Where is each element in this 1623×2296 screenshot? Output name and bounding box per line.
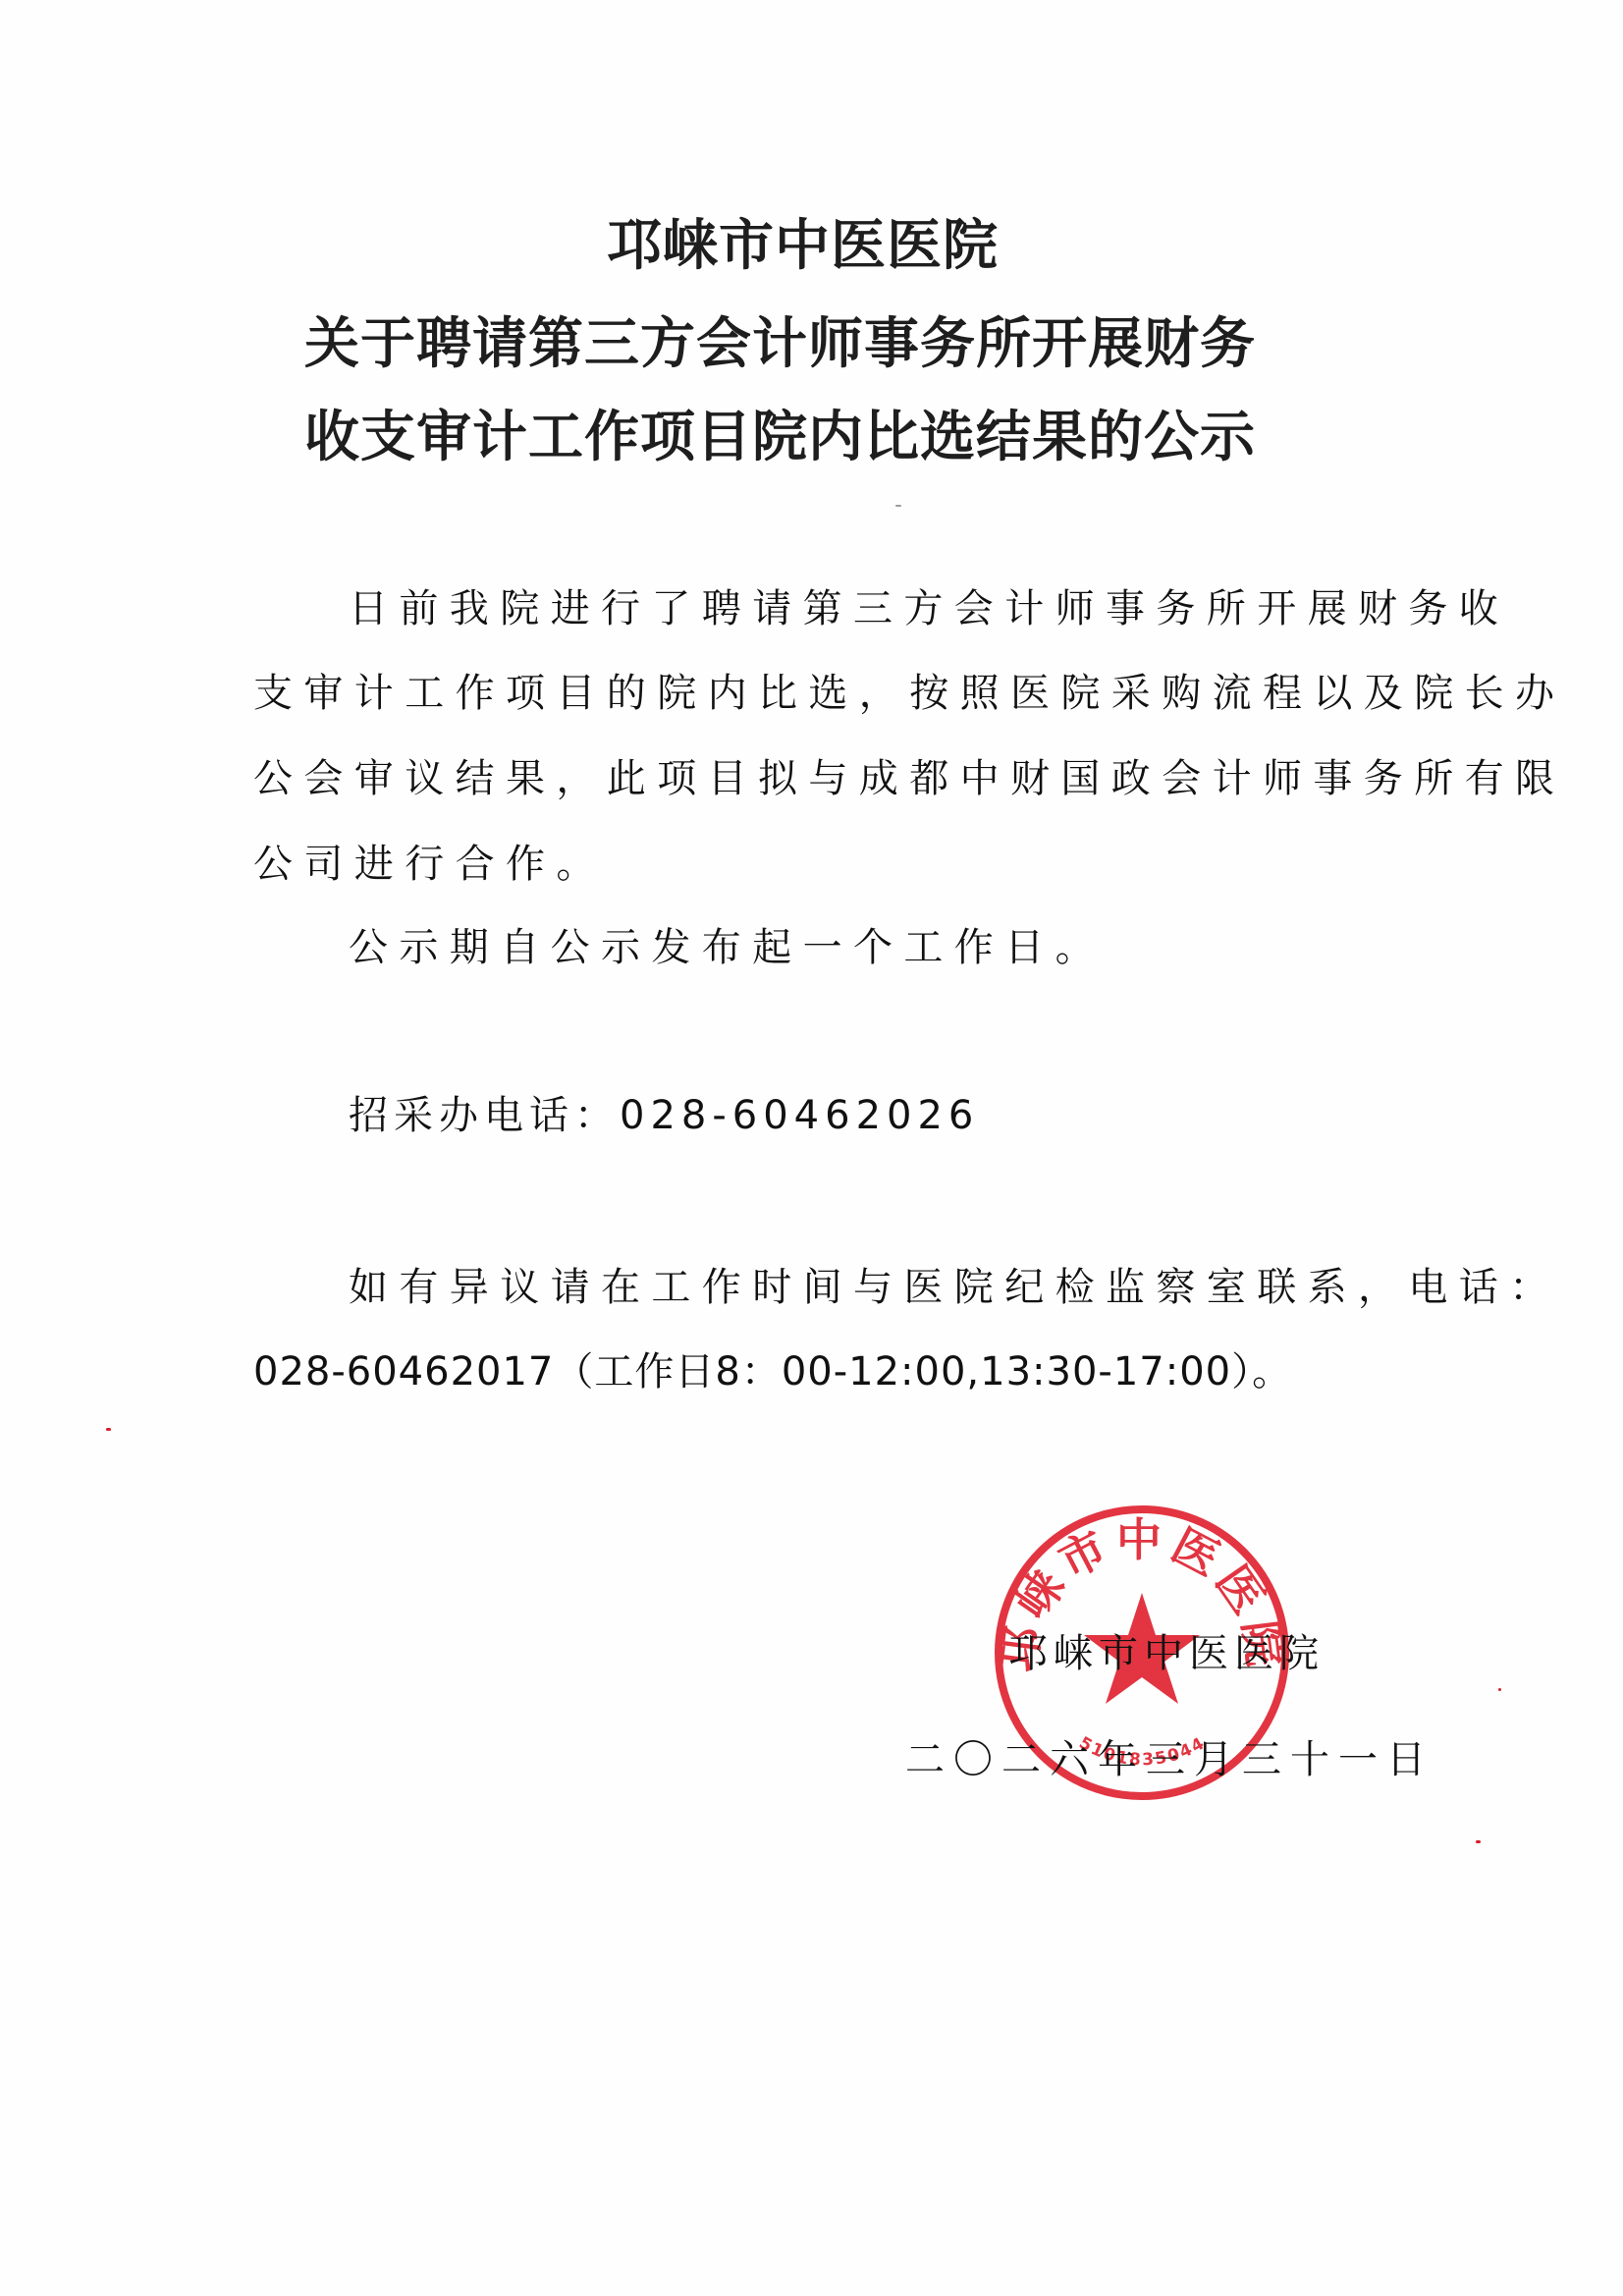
- publicity-period-text: 公示期自公示发布起一个工作日。: [349, 924, 1106, 971]
- scan-speck: [895, 505, 901, 507]
- procurement-office-phone: 招采办电话：028-60462026: [349, 1092, 979, 1139]
- signature-date: 二〇二六年三月三十一日: [905, 1736, 1434, 1783]
- paragraph-1-line-2: 支审计工作项目的院内比选，按照医院采购流程以及院长办: [253, 670, 1565, 717]
- signature-organization: 邛崃市中医医院: [1008, 1630, 1325, 1677]
- paragraph-1-line-1: 日前我院进行了聘请第三方会计师事务所开展财务收: [349, 585, 1509, 632]
- title-subject-line-1: 关于聘请第三方会计师事务所开展财务: [304, 314, 1256, 373]
- paragraph-1-line-3: 公会审议结果，此项目拟与成都中财国政会计师事务所有限: [253, 755, 1565, 802]
- paragraph-1-line-4: 公司进行合作。: [253, 841, 607, 888]
- document-page: 邛崃市中医医院 关于聘请第三方会计师事务所开展财务 收支审计工作项目院内比选结果…: [0, 0, 1623, 2296]
- objection-contact-line-1: 如有异议请在工作时间与医院纪检监察室联系，电话：: [349, 1264, 1560, 1311]
- scan-speck: [106, 1428, 111, 1431]
- scan-speck: [1476, 1840, 1481, 1843]
- objection-contact-line-2: 028-60462017（工作日8：00-12:00,13:30-17:00）。: [253, 1348, 1292, 1395]
- title-subject-line-2: 收支审计工作项目院内比选结果的公示: [304, 408, 1256, 466]
- scan-speck: [1498, 1688, 1501, 1691]
- title-organization: 邛崃市中医医院: [607, 216, 999, 275]
